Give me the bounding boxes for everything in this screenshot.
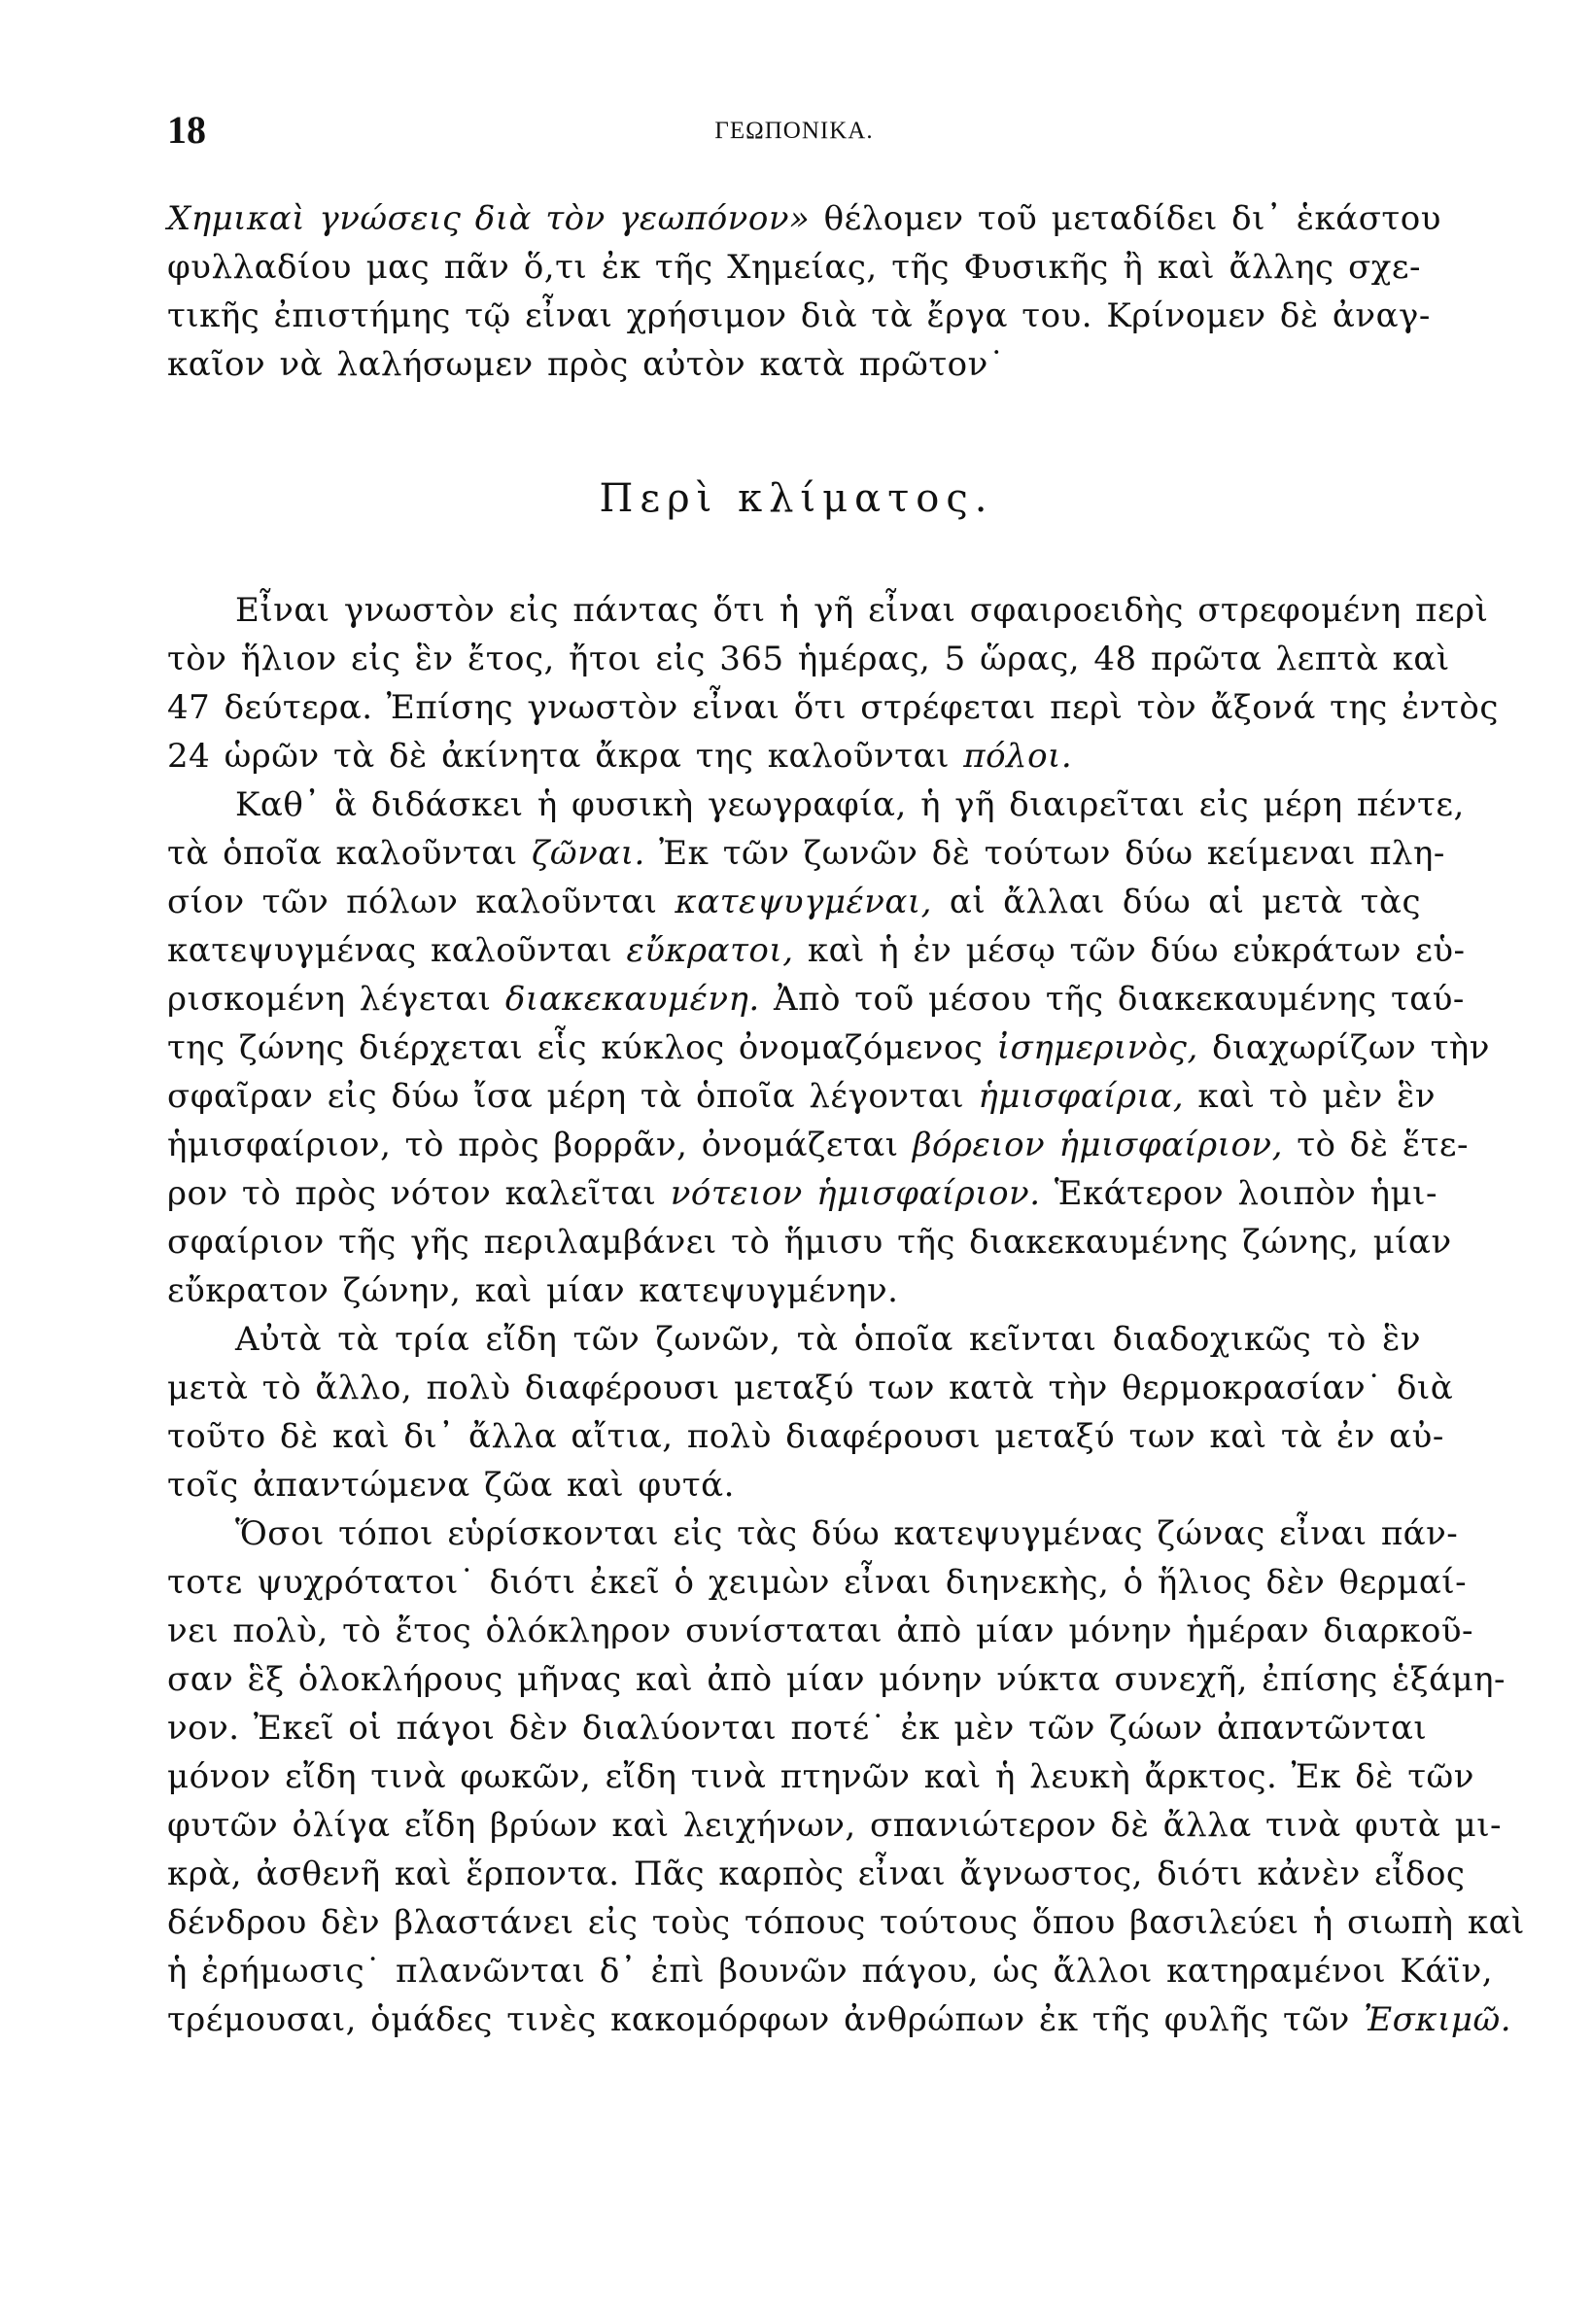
text-run: καῖον νὰ λαλήσωμεν πρὸς αὐτὸν κατὰ πρῶτο… [167,345,1005,384]
text-line: δένδρου δὲν βλαστάνει εἰς τοὺς τόπους το… [167,1898,1421,1947]
paragraph: Ὅσοι τόποι εὑρίσκονται εἰς τὰς δύω κατεψ… [167,1509,1421,2044]
text-run: φυτῶν ὀλίγα εἴδη βρύων καὶ λειχήνων, σπα… [167,1806,1502,1845]
text-run: Ἑκάτερον λοιπὸν ἡμι- [1041,1174,1437,1213]
italic-term: Ἐσκιμῶ. [1364,2000,1511,2039]
text-line: ρον τὸ πρὸς νότον καλεῖται νότειον ἡμισφ… [167,1169,1421,1218]
text-run: εὔκρατον ζώνην, καὶ μίαν κατεψυγμένην. [167,1271,898,1310]
running-head: 18 ΓΕΩΠΟΝΙΚΑ. [167,109,1421,152]
text-run: σφαίριον τῆς γῆς περιλαμβάνει τὸ ἥμισυ τ… [167,1223,1452,1262]
text-run: Ἀπὸ τοῦ μέσου τῆς διακεκαυμένης ταύ- [760,980,1465,1019]
italic-term: ἡμισφαίρια, [978,1077,1184,1116]
text-run: τοτε ψυχρότατοι˙ διότι ἐκεῖ ὁ χειμὼν εἶν… [167,1563,1467,1602]
text-line: της ζώνης διέρχεται εἷς κύκλος ὀνομαζόμε… [167,1023,1421,1072]
italic-term: ἰσημερινὸς, [997,1028,1198,1067]
text-line: καῖον νὰ λαλήσωμεν πρὸς αὐτὸν κατὰ πρῶτο… [167,340,1421,389]
text-run: 47 δεύτερα. Ἐπίσης γνωστὸν εἶναι ὅτι στρ… [167,688,1499,727]
text-line: Αὐτὰ τὰ τρία εἴδη τῶν ζωνῶν, τὰ ὁποῖα κε… [167,1315,1421,1364]
intro-text: Χημικαὶ γνώσεις διὰ τὸν γεωπόνον» θέλομε… [167,194,1421,389]
book-page: 18 ΓΕΩΠΟΝΙΚΑ. Χημικαὶ γνώσεις διὰ τὸν γε… [0,0,1593,2324]
paragraph: Καθ᾽ ἃ διδάσκει ἡ φυσικὴ γεωγραφία, ἡ γῆ… [167,780,1421,1315]
text-line: σφαίριον τῆς γῆς περιλαμβάνει τὸ ἥμισυ τ… [167,1218,1421,1266]
text-line: Εἶναι γνωστὸν εἰς πάντας ὅτι ἡ γῆ εἶναι … [167,586,1421,635]
text-line: κατεψυγμένας καλοῦνται εὔκρατοι, καὶ ἡ ἐ… [167,926,1421,975]
text-run: αἱ ἄλλαι δύω αἱ μετὰ τὰς [932,883,1421,921]
text-run: σφαῖραν εἰς δύω ἴσα μέρη τὰ ὁποῖα λέγοντ… [167,1077,978,1116]
text-run: νον. Ἐκεῖ οἱ πάγοι δὲν διαλύονται ποτέ˙ … [167,1709,1427,1748]
text-run: κατεψυγμένας καλοῦνται [167,931,626,970]
text-line: Χημικαὶ γνώσεις διὰ τὸν γεωπόνον» θέλομε… [167,194,1421,243]
body-text: Εἶναι γνωστὸν εἰς πάντας ὅτι ἡ γῆ εἶναι … [167,586,1421,2044]
text-run: τικῆς ἐπιστήμης τῷ εἶναι χρήσιμον διὰ τὰ… [167,296,1431,335]
text-line: τοῦτο δὲ καὶ δι᾽ ἄλλα αἴτια, πολὺ διαφέρ… [167,1412,1421,1461]
paragraph: Αὐτὰ τὰ τρία εἴδη τῶν ζωνῶν, τὰ ὁποῖα κε… [167,1315,1421,1509]
text-run: τρέμουσαι, ὁμάδες τινὲς κακομόρφων ἀνθρώ… [167,2000,1364,2039]
text-run: της ζώνης διέρχεται εἷς κύκλος ὀνομαζόμε… [167,1028,997,1067]
text-line: τὸν ἥλιον εἰς ἓν ἔτος, ἤτοι εἰς 365 ἡμέρ… [167,635,1421,683]
text-line: Ὅσοι τόποι εὑρίσκονται εἰς τὰς δύω κατεψ… [167,1509,1421,1558]
text-line: εὔκρατον ζώνην, καὶ μίαν κατεψυγμένην. [167,1266,1421,1315]
text-line: 24 ὡρῶν τὰ δὲ ἀκίνητα ἄκρα της καλοῦνται… [167,732,1421,780]
text-line: ἡμισφαίριον, τὸ πρὸς βορρᾶν, ὀνομάζεται … [167,1121,1421,1169]
text-run: τὸν ἥλιον εἰς ἓν ἔτος, ἤτοι εἰς 365 ἡμέρ… [167,640,1450,678]
text-line: φυτῶν ὀλίγα εἴδη βρύων καὶ λειχήνων, σπα… [167,1801,1421,1850]
text-line: τρέμουσαι, ὁμάδες τινὲς κακομόρφων ἀνθρώ… [167,1995,1421,2044]
text-run: τοῦτο δὲ καὶ δι᾽ ἄλλα αἴτια, πολὺ διαφέρ… [167,1417,1444,1456]
text-run: διαχωρίζων τὴν [1198,1028,1490,1067]
text-line: φυλλαδίου μας πᾶν ὅ,τι ἐκ τῆς Χημείας, τ… [167,243,1421,292]
text-run: κρὰ, ἀσθενῆ καὶ ἕρποντα. Πᾶς καρπὸς εἶνα… [167,1855,1465,1893]
text-line: Καθ᾽ ἃ διδάσκει ἡ φυσικὴ γεωγραφία, ἡ γῆ… [167,780,1421,829]
text-line: σαν ἓξ ὁλοκλήρους μῆνας καὶ ἀπὸ μίαν μόν… [167,1655,1421,1704]
text-line: ρισκομένη λέγεται διακεκαυμένη. Ἀπὸ τοῦ … [167,975,1421,1023]
text-run: μετὰ τὸ ἄλλο, πολὺ διαφέρουσι μεταξύ των… [167,1369,1453,1407]
text-run: Καθ᾽ ἃ διδάσκει ἡ φυσικὴ γεωγραφία, ἡ γῆ… [235,785,1465,824]
text-run: Εἶναι γνωστὸν εἰς πάντας ὅτι ἡ γῆ εἶναι … [235,591,1488,630]
section-heading: Περὶ κλίματος. [0,474,1593,523]
text-run: μόνον εἴδη τινὰ φωκῶν, εἴδη τινὰ πτηνῶν … [167,1757,1474,1796]
text-run: Ὅσοι τόποι εὑρίσκονται εἰς τὰς δύω κατεψ… [235,1514,1458,1553]
text-run: 24 ὡρῶν τὰ δὲ ἀκίνητα ἄκρα της καλοῦνται [167,737,963,776]
italic-term: ζῶναι. [532,834,645,873]
text-line: 47 δεύτερα. Ἐπίσης γνωστὸν εἶναι ὅτι στρ… [167,683,1421,732]
running-title: ΓΕΩΠΟΝΙΚΑ. [167,117,1421,146]
italic-term: διακεκαυμένη. [505,980,760,1019]
text-run: νει πολὺ, τὸ ἔτος ὁλόκληρον συνίσταται ἀ… [167,1612,1473,1650]
text-run: καὶ τὸ μὲν ἓν [1184,1077,1436,1116]
text-line: νον. Ἐκεῖ οἱ πάγοι δὲν διαλύονται ποτέ˙ … [167,1704,1421,1752]
text-run: σαν ἓξ ὁλοκλήρους μῆνας καὶ ἀπὸ μίαν μόν… [167,1660,1506,1699]
text-run: ρον τὸ πρὸς νότον καλεῖται [167,1174,671,1213]
italic-term: βόρειον ἡμισφαίριον, [913,1126,1283,1164]
text-run: Αὐτὰ τὰ τρία εἴδη τῶν ζωνῶν, τὰ ὁποῖα κε… [235,1320,1421,1359]
text-line: τὰ ὁποῖα καλοῦνται ζῶναι. Ἐκ τῶν ζωνῶν δ… [167,829,1421,878]
text-run: Ἐκ τῶν ζωνῶν δὲ τούτων δύω κείμεναι πλη- [645,834,1445,873]
text-line: ἡ ἐρήμωσις˙ πλανῶνται δ᾽ ἐπὶ βουνῶν πάγο… [167,1947,1421,1995]
paragraph: Εἶναι γνωστὸν εἰς πάντας ὅτι ἡ γῆ εἶναι … [167,586,1421,780]
text-run: δένδρου δὲν βλαστάνει εἰς τοὺς τόπους το… [167,1903,1525,1942]
text-run: ἡ ἐρήμωσις˙ πλανῶνται δ᾽ ἐπὶ βουνῶν πάγο… [167,1952,1493,1991]
text-line: νει πολὺ, τὸ ἔτος ὁλόκληρον συνίσταται ἀ… [167,1607,1421,1655]
text-line: μετὰ τὸ ἄλλο, πολὺ διαφέρουσι μεταξύ των… [167,1364,1421,1412]
text-line: σφαῖραν εἰς δύω ἴσα μέρη τὰ ὁποῖα λέγοντ… [167,1072,1421,1121]
text-line: τικῆς ἐπιστήμης τῷ εἶναι χρήσιμον διὰ τὰ… [167,292,1421,340]
text-run: ρισκομένη λέγεται [167,980,505,1019]
text-run: τὰ ὁποῖα καλοῦνται [167,834,532,873]
text-run: καὶ ἡ ἐν μέσῳ τῶν δύω εὐκράτων εὑ- [794,931,1466,970]
text-run: τὸ δὲ ἕτε- [1283,1126,1469,1164]
text-line: τοῖς ἀπαντώμενα ζῶα καὶ φυτά. [167,1461,1421,1509]
italic-term: νότειον ἡμισφαίριον. [671,1174,1041,1213]
italic-term: εὔκρατοι, [626,931,793,970]
text-run: τοῖς ἀπαντώμενα ζῶα καὶ φυτά. [167,1466,735,1505]
text-run: σίον τῶν πόλων καλοῦνται [167,883,675,921]
text-line: κρὰ, ἀσθενῆ καὶ ἕρποντα. Πᾶς καρπὸς εἶνα… [167,1850,1421,1898]
italic-term: πόλοι. [963,737,1072,776]
text-line: τοτε ψυχρότατοι˙ διότι ἐκεῖ ὁ χειμὼν εἶν… [167,1558,1421,1607]
italic-term: κατεψυγμέναι, [675,883,932,921]
italic-term: Χημικαὶ γνώσεις διὰ τὸν γεωπόνον» [167,199,810,238]
text-line: σίον τῶν πόλων καλοῦνται κατεψυγμέναι, α… [167,878,1421,926]
text-run: φυλλαδίου μας πᾶν ὅ,τι ἐκ τῆς Χημείας, τ… [167,248,1421,287]
text-run: ἡμισφαίριον, τὸ πρὸς βορρᾶν, ὀνομάζεται [167,1126,913,1164]
text-run: θέλομεν τοῦ μεταδίδει δι᾽ ἑκάστου [810,199,1441,238]
text-line: μόνον εἴδη τινὰ φωκῶν, εἴδη τινὰ πτηνῶν … [167,1752,1421,1801]
